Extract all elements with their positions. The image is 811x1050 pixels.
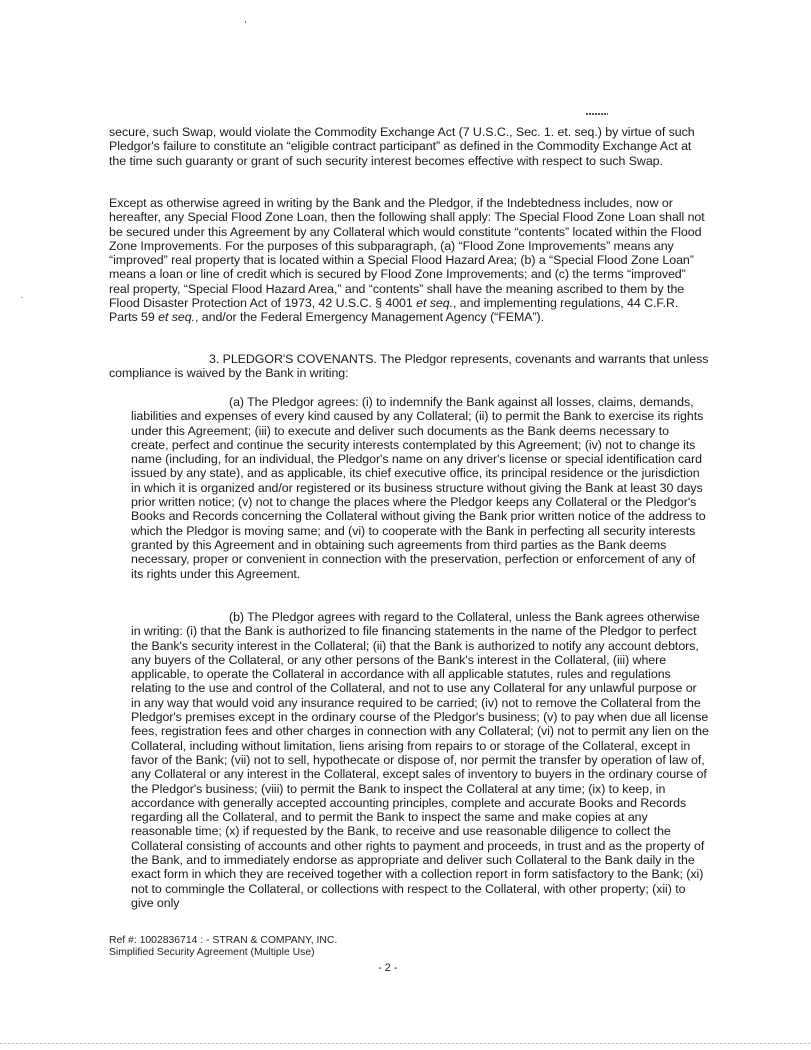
handwritten-mark xyxy=(586,113,608,115)
flood-zone-et-seq-2: et seq. xyxy=(158,310,195,324)
page-number: - 2 - xyxy=(378,962,398,974)
paragraph-swap-continuation: secure, such Swap, would violate the Com… xyxy=(109,125,709,168)
subsection-3b: (b) The Pledgor agrees with regard to th… xyxy=(131,610,709,910)
scan-edge-line xyxy=(0,1043,811,1044)
document-page: secure, such Swap, would violate the Com… xyxy=(0,0,811,1050)
document-footer: Ref #: 1002836714 : - STRAN & COMPANY, I… xyxy=(109,935,337,959)
footer-document-title: Simplified Security Agreement (Multiple … xyxy=(109,947,337,959)
scan-speck xyxy=(245,21,246,23)
flood-zone-et-seq-1: et seq. xyxy=(416,296,453,310)
section-3-pledgors-covenants: 3. PLEDGOR'S COVENANTS. The Pledgor repr… xyxy=(109,352,709,381)
flood-zone-text-c: , and/or the Federal Emergency Managemen… xyxy=(195,310,544,324)
subsection-3a: (a) The Pledgor agrees: (i) to indemnify… xyxy=(131,395,709,581)
scan-speck xyxy=(21,297,22,298)
flood-zone-text-a: Except as otherwise agreed in writing by… xyxy=(109,196,705,310)
footer-reference: Ref #: 1002836714 : - STRAN & COMPANY, I… xyxy=(109,935,337,947)
paragraph-flood-zone: Except as otherwise agreed in writing by… xyxy=(109,196,709,325)
